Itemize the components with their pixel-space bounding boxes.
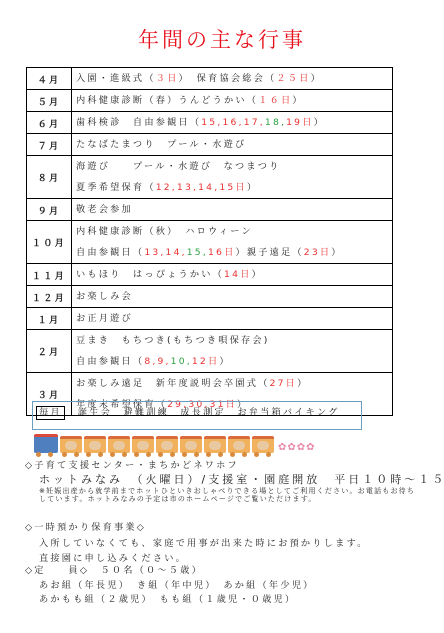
capacity-line1: あお組（年長児） き組（年中児） あか組（年少児） [25, 580, 315, 593]
event-line: 夏季希望保育（12,13,14,15日） [76, 177, 388, 198]
schedule-row: １０月内科健康診断（秋） ハロウィーン自由参観日（13,14,15,16日）親子… [27, 221, 393, 264]
event-text: 内科健康診断（秋） ハロウィーン [76, 226, 253, 237]
month-cell: ５月 [27, 90, 72, 112]
support-center-hours: ホットみなみ （火曜日）/支援室・園庭開放 平日１０時～１５時 [25, 473, 444, 487]
event-text: ） [252, 269, 263, 280]
date-text: 14日 [224, 269, 251, 280]
event-text: ） [331, 247, 342, 258]
date-text: ２５日 [276, 73, 310, 84]
event-line: 内科健康診断（秋） ハロウィーン [76, 221, 388, 242]
temporary-care-line2: 直接園に申し込みください。 [25, 553, 369, 566]
dog-car-icon [204, 436, 226, 453]
month-cell: １０月 [27, 221, 72, 264]
events-cell: 海遊び プール・水遊び なつまつり夏季希望保育（12,13,14,15日） [72, 156, 393, 199]
event-line: 自由参観日（13,14,15,16日）親子遠足（23日） [76, 242, 388, 263]
schedule-row: ７月たなばたまつり プール・水遊び [27, 134, 393, 156]
month-cell: ６月 [27, 112, 72, 134]
event-text: ）親子遠足（ [235, 247, 303, 258]
flowers-icon: ✿✿✿✿ [278, 442, 316, 453]
event-line: お楽しみ会 [76, 286, 388, 307]
event-line: お楽しみ遠足 新年度説明会卒園式（27日） [76, 373, 388, 394]
event-text: ） [292, 95, 303, 106]
schedule-row: １２月お楽しみ会 [27, 286, 393, 308]
annual-schedule-table: ４月入園・進級式（３日） 保育協会総会（２５日）５月内科健康診断（春）うんどうか… [26, 67, 393, 416]
date-text: ３日 [156, 73, 179, 84]
event-line: 敬老会参加 [76, 199, 388, 220]
monthly-items: 誕生会 避難訓練 成長測定 お弁当箱バイキング [78, 404, 340, 418]
events-cell: 歯科検診 自由参観日（15,16,17,18,19日） [72, 112, 393, 134]
support-center-note: ※妊娠出産から就学前までホットひといきおしゃべりできる場としてご利用ください。お… [25, 487, 419, 504]
events-cell: たなばたまつり プール・水遊び [72, 134, 393, 156]
date-text: 18, [265, 117, 286, 128]
date-text: 10, [171, 356, 192, 367]
events-cell: 敬老会参加 [72, 199, 393, 221]
event-line: 自由参観日（8,9,10,12日） [76, 351, 388, 372]
temporary-care-line1: 入所していなくても、家庭で用事が出来た時にお預かりします。 [25, 538, 369, 551]
capacity-heading: ◇定 員◇ ５０名（０～５歳） [25, 565, 315, 578]
date-text: 12日 [192, 356, 219, 367]
animal-train-illustration: ✿✿✿✿ [34, 433, 316, 453]
date-text: 15, [187, 247, 208, 258]
event-text: たなばたまつり プール・水遊び [76, 139, 246, 150]
event-line: 入園・進級式（３日） 保育協会総会（２５日） [76, 68, 388, 89]
event-line: 豆まき もちつき(もちつき唄保存会) [76, 330, 388, 351]
events-cell: お正月遊び [72, 308, 393, 330]
monthly-label: 毎月 [36, 406, 65, 420]
month-cell: ９月 [27, 199, 72, 221]
event-line: 歯科検診 自由参観日（15,16,17,18,19日） [76, 112, 388, 133]
schedule-row: １月お正月遊び [27, 308, 393, 330]
date-text: 13,14, [144, 247, 186, 258]
schedule-row: ４月入園・進級式（３日） 保育協会総会（２５日） [27, 68, 393, 90]
schedule-row: ６月歯科検診 自由参観日（15,16,17,18,19日） [27, 112, 393, 134]
schedule-row: ２月豆まき もちつき(もちつき唄保存会)自由参観日（8,9,10,12日） [27, 330, 393, 373]
date-text: 日 [302, 117, 313, 128]
monthly-events-box: 毎月 誕生会 避難訓練 成長測定 お弁当箱バイキング [32, 401, 362, 430]
month-cell: １１月 [27, 264, 72, 286]
month-cell: ７月 [27, 134, 72, 156]
month-cell: ２月 [27, 330, 72, 373]
event-text: お楽しみ遠足 新年度説明会卒園式（ [76, 378, 270, 389]
events-cell: 内科健康診断（秋） ハロウィーン自由参観日（13,14,15,16日）親子遠足（… [72, 221, 393, 264]
event-text: 入園・進級式（ [76, 73, 156, 84]
event-text: ） [247, 182, 258, 193]
event-text: ） 保育協会総会（ [179, 73, 277, 84]
schedule-row: １１月いもほり はっぴょうかい（14日） [27, 264, 393, 286]
event-line: お正月遊び [76, 308, 388, 329]
events-cell: いもほり はっぴょうかい（14日） [72, 264, 393, 286]
event-text: お正月遊び [76, 313, 133, 324]
date-text: 16日 [208, 247, 235, 258]
event-text: ） [297, 378, 308, 389]
event-text: お楽しみ会 [76, 291, 133, 302]
event-text: 海遊び プール・水遊び なつまつり [76, 161, 281, 172]
events-cell: 豆まき もちつき(もちつき唄保存会)自由参観日（8,9,10,12日） [72, 330, 393, 373]
month-cell: ４月 [27, 68, 72, 90]
pig-car-icon [84, 436, 106, 453]
month-cell: １月 [27, 308, 72, 330]
month-cell: １２月 [27, 286, 72, 308]
event-line: 海遊び プール・水遊び なつまつり [76, 156, 388, 177]
bear-car-icon [60, 436, 82, 453]
flower-car-icon [252, 436, 274, 453]
support-center-heading: ◇子育て支援センター・まちかどネワホフ [25, 460, 444, 473]
date-text: 8,9, [144, 356, 170, 367]
event-line: 内科健康診断（春）うんどうかい（１６日） [76, 90, 388, 111]
monkey-car-icon [228, 436, 250, 453]
page-title: 年間の主な行事 [0, 24, 444, 54]
cat-car-icon [180, 436, 202, 453]
event-text: ） [219, 356, 230, 367]
event-text: 歯科検診 自由参観日（ [76, 117, 201, 128]
event-text: ） [314, 117, 325, 128]
temporary-care-heading: ◇一時預かり保育事業◇ [25, 522, 369, 535]
capacity-line2: あかもも組（２歳児） もも組（１歳児・０歳児） [25, 594, 315, 607]
event-text: 自由参観日（ [76, 247, 144, 258]
event-text: いもほり はっぴょうかい（ [76, 269, 224, 280]
train-engine-icon [34, 434, 58, 453]
events-cell: 内科健康診断（春）うんどうかい（１６日） [72, 90, 393, 112]
event-line: たなばたまつり プール・水遊び [76, 134, 388, 155]
schedule-row: ８月海遊び プール・水遊び なつまつり夏季希望保育（12,13,14,15日） [27, 156, 393, 199]
events-cell: お楽しみ会 [72, 286, 393, 308]
elephant-car-icon [132, 436, 154, 453]
event-text: 内科健康診断（春）うんどうかい（ [76, 95, 258, 106]
event-text: ） [311, 73, 322, 84]
event-text: 自由参観日（ [76, 356, 144, 367]
capacity-section: ◇定 員◇ ５０名（０～５歳） あお組（年長児） き組（年中児） あか組（年少児… [25, 565, 315, 607]
schedule-row: ５月内科健康診断（春）うんどうかい（１６日） [27, 90, 393, 112]
support-center-section: ◇子育て支援センター・まちかどネワホフ ホットみなみ （火曜日）/支援室・園庭開… [25, 460, 444, 504]
temporary-care-section: ◇一時預かり保育事業◇ 入所していなくても、家庭で用事が出来た時にお預かりします… [25, 522, 369, 566]
date-text: 15,16,17, [201, 117, 265, 128]
event-text: 豆まき もちつき(もちつき唄保存会) [76, 335, 270, 346]
event-text: 敬老会参加 [76, 204, 133, 215]
event-line: いもほり はっぴょうかい（14日） [76, 264, 388, 285]
date-text: 12,13,14,15日 [156, 182, 247, 193]
month-cell: ８月 [27, 156, 72, 199]
date-text: 27日 [270, 378, 297, 389]
lion-car-icon [156, 436, 178, 453]
panda-car-icon [108, 436, 130, 453]
schedule-row: ９月敬老会参加 [27, 199, 393, 221]
date-text: １６日 [258, 95, 292, 106]
events-cell: 入園・進級式（３日） 保育協会総会（２５日） [72, 68, 393, 90]
date-text: 23日 [304, 247, 331, 258]
event-text: 夏季希望保育（ [76, 182, 156, 193]
date-text: 19 [286, 117, 302, 128]
